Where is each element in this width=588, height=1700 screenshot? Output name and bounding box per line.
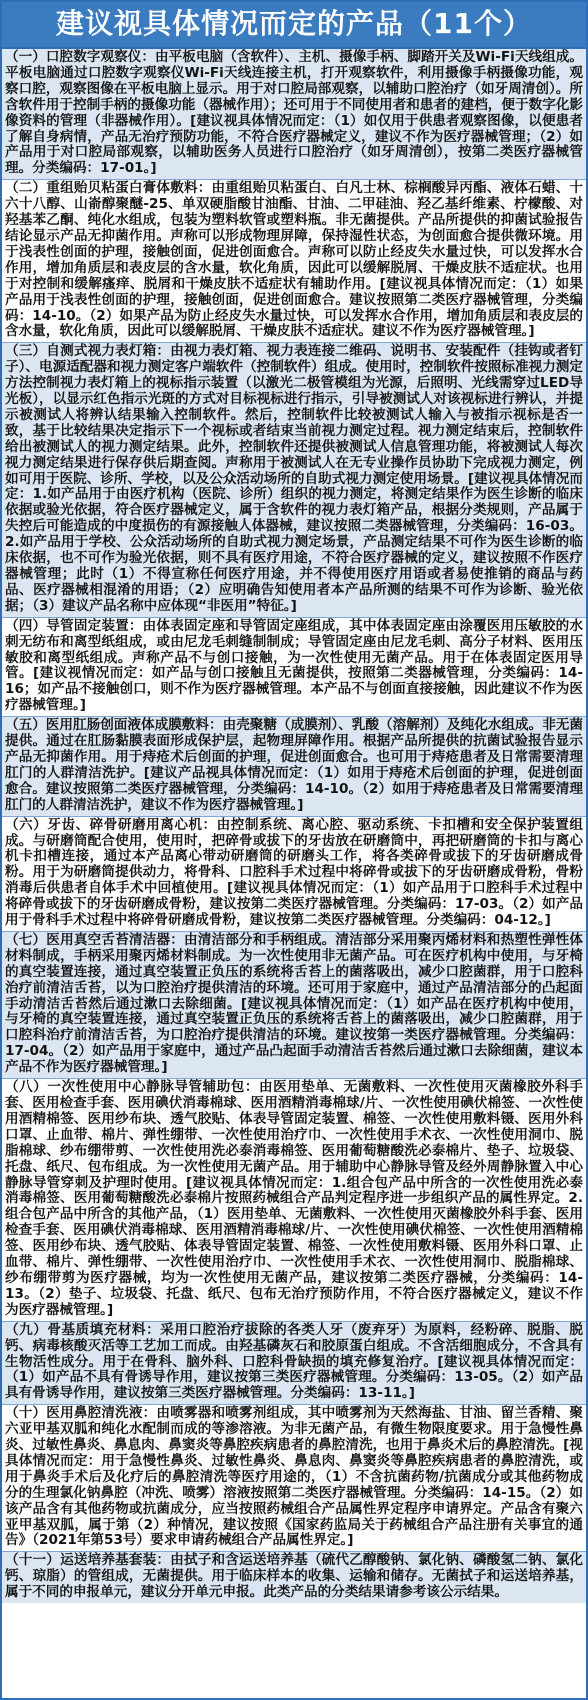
product-item-4: （四）导管固定装置：由体表固定座和导管固定座组成，其中体表固定座由涂覆医用压敏胶… (2, 617, 586, 716)
product-item-9: （九）骨基质填充材料：采用口腔治疗拔除的各类人牙（废弃牙）为原料，经粉碎、脱脂、… (2, 1321, 586, 1405)
product-item-3: （三）自测式视力表灯箱：由视力表灯箱、视力表连接二维码、说明书、安装配件（挂钩或… (2, 342, 586, 616)
product-item-1: （一）口腔数字观察仪：由平板电脑（含软件）、主机、摄像手柄、脚踏开关及Wi-Fi… (2, 49, 586, 179)
product-item-8: （八）一次性使用中心静脉导管辅助包：由医用垫单、无菌敷料、一次性使用灭菌橡胶外科… (2, 1078, 586, 1321)
product-item-6: （六）牙齿、碎骨研磨用离心机：由控制系统、离心腔、驱动系统、卡扣槽和安全保护装置… (2, 816, 586, 931)
page-title: 建议视具体情况而定的产品（11个） (2, 2, 586, 49)
product-item-11: （十一）运送培养基套装：由拭子和含运送培养基（硫代乙醇酸钠、氯化钠、磷酸氢二钠、… (2, 1551, 586, 1603)
product-item-5: （五）医用肛肠创面液体成膜敷料：由壳聚糖（成膜剂）、乳酸（溶解剂）及纯化水组成。… (2, 716, 586, 815)
section-list: （一）口腔数字观察仪：由平板电脑（含软件）、主机、摄像手柄、脚踏开关及Wi-Fi… (2, 49, 586, 1698)
product-item-10: （十）医用鼻腔清洗液：由喷雾器和喷雾剂组成，其中喷雾剂为天然海盐、甘油、留兰香精… (2, 1404, 586, 1551)
product-item-2: （二）重组贻贝粘蛋白膏体敷料：由重组贻贝粘蛋白、白凡士林、棕榈酸异丙酯、液体石蜡… (2, 179, 586, 342)
document: 建议视具体情况而定的产品（11个） （一）口腔数字观察仪：由平板电脑（含软件）、… (0, 0, 588, 1700)
product-item-7: （七）医用真空舌苔清洁器：由清洁部分和手柄组成。清洁部分采用聚丙烯材料和热塑性弹… (2, 931, 586, 1078)
